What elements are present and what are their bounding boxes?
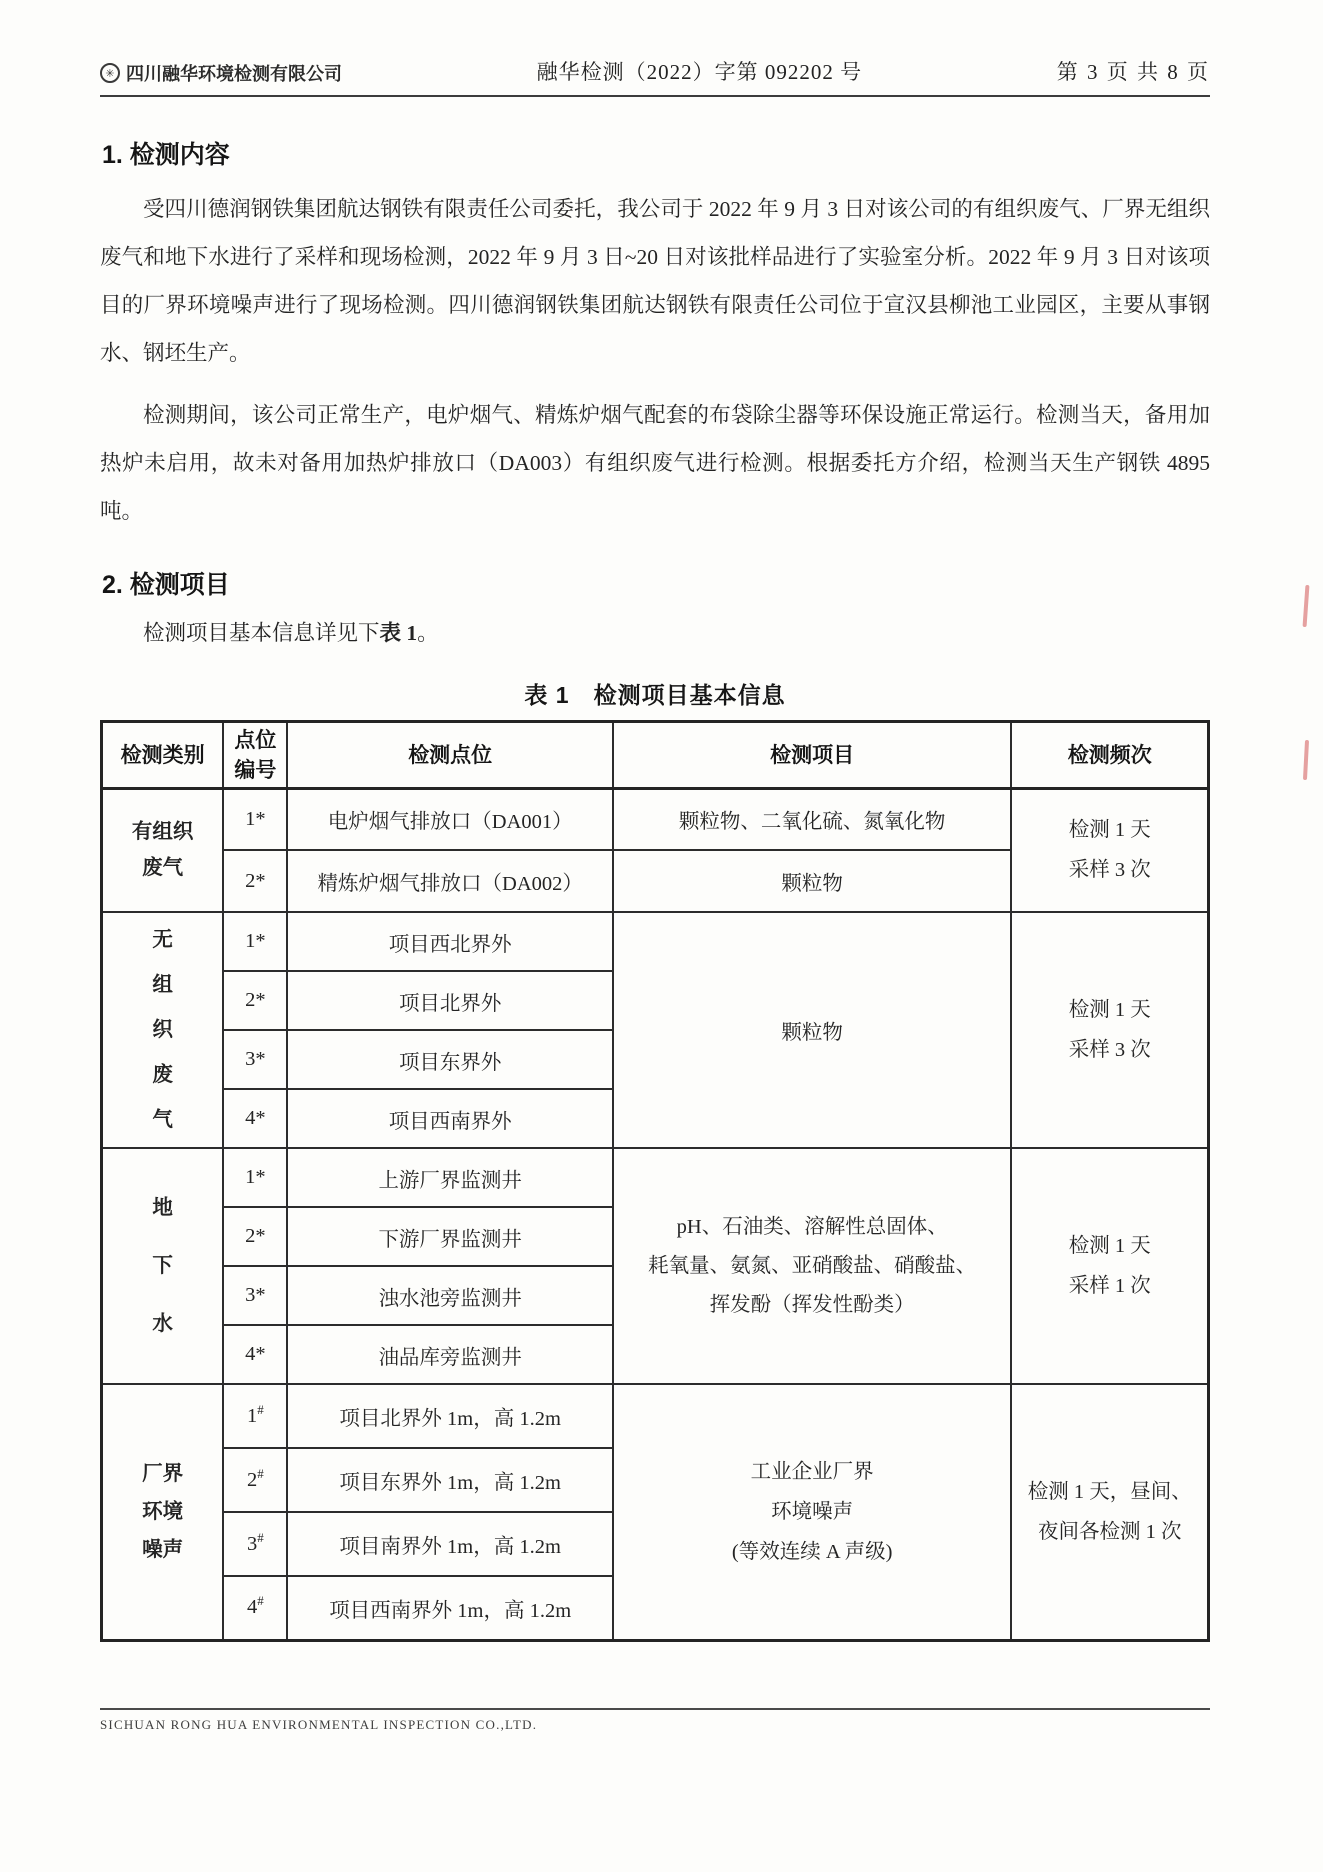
table-row: 无 组 织 废 气 1* 项目西北界外 颗粒物 检测 1 天 采样 3 次 xyxy=(102,912,1209,971)
superscript-marker: # xyxy=(257,1530,264,1545)
col-header-items: 检测项目 xyxy=(613,721,1012,788)
section2-heading: 2. 检测项目 xyxy=(102,565,1210,601)
col-header-point: 检测点位 xyxy=(287,721,612,788)
col-header-category: 检测类别 xyxy=(102,721,224,788)
point-cell: 精炼炉烟气排放口（DA002） xyxy=(287,850,612,912)
category-cell: 有组织 废气 xyxy=(102,788,224,912)
point-no-cell: 2* xyxy=(223,850,287,912)
items-cell: 颗粒物 xyxy=(613,912,1012,1148)
page-header: ✳ 四川融华环境检测有限公司 融华检测（2022）字第 092202 号 第 3… xyxy=(100,56,1210,97)
point-cell: 项目东界外 xyxy=(287,1030,612,1089)
point-no-cell: 1* xyxy=(223,1148,287,1207)
company-logo-icon: ✳ xyxy=(100,63,120,83)
category-cell: 无 组 织 废 气 xyxy=(102,912,224,1148)
point-cell: 项目东界外 1m，高 1.2m xyxy=(287,1448,612,1512)
point-cell: 项目西南界外 1m，高 1.2m xyxy=(287,1576,612,1640)
point-cell: 浊水池旁监测井 xyxy=(287,1266,612,1325)
table-row: 有组织 废气 1* 电炉烟气排放口（DA001） 颗粒物、二氧化硫、氮氧化物 检… xyxy=(102,788,1209,850)
point-no-cell: 2* xyxy=(223,971,287,1030)
point-cell: 项目北界外 1m，高 1.2m xyxy=(287,1384,612,1448)
point-cell: 上游厂界监测井 xyxy=(287,1148,612,1207)
frequency-cell: 检测 1 天 采样 3 次 xyxy=(1011,788,1208,912)
col-header-frequency: 检测频次 xyxy=(1011,721,1208,788)
superscript-marker: # xyxy=(257,1402,264,1417)
point-no-cell: 3* xyxy=(223,1266,287,1325)
category-cell: 厂界 环境 噪声 xyxy=(102,1384,224,1640)
section1-heading: 1. 检测内容 xyxy=(102,135,1210,171)
table-intro-ref: 表 1 xyxy=(380,621,418,645)
table-intro: 检测项目基本信息详见下表 1。 xyxy=(100,611,1210,655)
table-row: 地 下 水 1* 上游厂界监测井 pH、石油类、溶解性总固体、 耗氧量、氨氮、亚… xyxy=(102,1148,1209,1207)
table-row: 厂界 环境 噪声 1# 项目北界外 1m，高 1.2m 工业企业厂界 环境噪声 … xyxy=(102,1384,1209,1448)
point-cell: 油品库旁监测井 xyxy=(287,1325,612,1384)
frequency-cell: 检测 1 天，昼间、 夜间各检测 1 次 xyxy=(1011,1384,1208,1640)
table-title: 表 1 检测项目基本信息 xyxy=(100,677,1210,710)
superscript-marker: # xyxy=(257,1466,264,1481)
point-cell: 项目西南界外 xyxy=(287,1089,612,1148)
point-no-cell: 1* xyxy=(223,788,287,850)
page-footer: SICHUAN RONG HUA ENVIRONMENTAL INSPECTIO… xyxy=(100,1708,1210,1733)
items-cell: 颗粒物 xyxy=(613,850,1012,912)
point-no-cell: 2* xyxy=(223,1207,287,1266)
point-cell: 项目西北界外 xyxy=(287,912,612,971)
point-no-cell: 1# xyxy=(223,1384,287,1448)
point-cell: 电炉烟气排放口（DA001） xyxy=(287,788,612,850)
project-table: 检测类别 点位 编号 检测点位 检测项目 检测频次 有组织 废气 1* 电炉烟气… xyxy=(100,720,1210,1642)
items-cell: 颗粒物、二氧化硫、氮氧化物 xyxy=(613,788,1012,850)
point-no-cell: 1* xyxy=(223,912,287,971)
section1-paragraph-1: 受四川德润钢铁集团航达钢铁有限责任公司委托，我公司于 2022 年 9 月 3 … xyxy=(100,185,1210,377)
frequency-cell: 检测 1 天 采样 3 次 xyxy=(1011,912,1208,1148)
items-cell: pH、石油类、溶解性总固体、 耗氧量、氨氮、亚硝酸盐、硝酸盐、 挥发酚（挥发性酚… xyxy=(613,1148,1012,1384)
section1-paragraph-2: 检测期间，该公司正常生产，电炉烟气、精炼炉烟气配套的布袋除尘器等环保设施正常运行… xyxy=(100,391,1210,535)
table-intro-prefix: 检测项目基本信息详见下 xyxy=(143,621,380,645)
point-cell: 下游厂界监测井 xyxy=(287,1207,612,1266)
doc-number: 融华检测（2022）字第 092202 号 xyxy=(537,56,863,86)
point-no-cell: 4# xyxy=(223,1576,287,1640)
table-header-row: 检测类别 点位 编号 检测点位 检测项目 检测频次 xyxy=(102,721,1209,788)
header-company: ✳ 四川融华环境检测有限公司 xyxy=(100,60,342,86)
point-no-cell: 2# xyxy=(223,1448,287,1512)
category-cell: 地 下 水 xyxy=(102,1148,224,1384)
company-name: 四川融华环境检测有限公司 xyxy=(126,60,342,86)
page-indicator: 第 3 页 共 8 页 xyxy=(1057,56,1210,86)
scan-artifact xyxy=(1303,740,1309,780)
point-cell: 项目北界外 xyxy=(287,971,612,1030)
col-header-point-no: 点位 编号 xyxy=(223,721,287,788)
frequency-cell: 检测 1 天 采样 1 次 xyxy=(1011,1148,1208,1384)
items-cell: 工业企业厂界 环境噪声 (等效连续 A 声级) xyxy=(613,1384,1012,1640)
point-no-cell: 3# xyxy=(223,1512,287,1576)
superscript-marker: # xyxy=(257,1593,264,1608)
footer-company-en: SICHUAN RONG HUA ENVIRONMENTAL INSPECTIO… xyxy=(100,1717,1210,1733)
point-cell: 项目南界外 1m，高 1.2m xyxy=(287,1512,612,1576)
table-intro-suffix: 。 xyxy=(417,621,439,645)
point-no-cell: 4* xyxy=(223,1325,287,1384)
document-page: ✳ 四川融华环境检测有限公司 融华检测（2022）字第 092202 号 第 3… xyxy=(0,0,1323,1872)
point-no-cell: 4* xyxy=(223,1089,287,1148)
point-no-cell: 3* xyxy=(223,1030,287,1089)
scan-artifact xyxy=(1303,585,1310,627)
